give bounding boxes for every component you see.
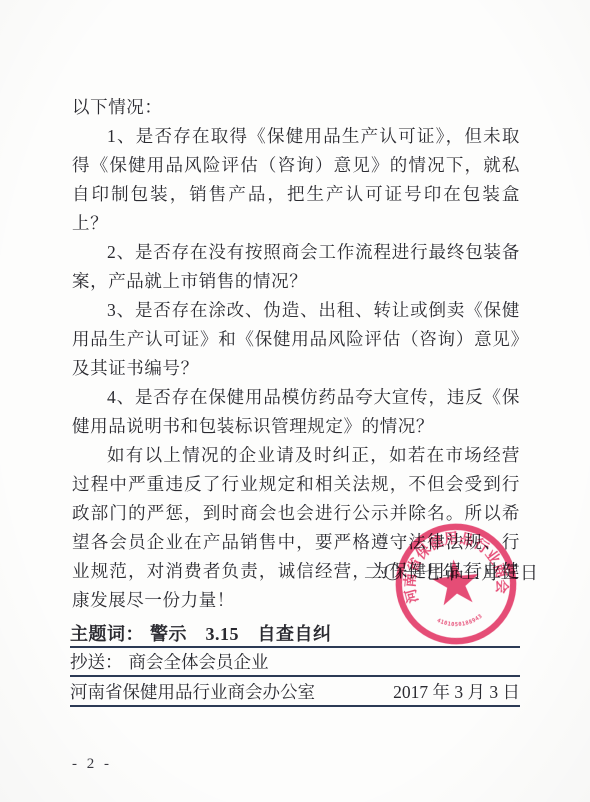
cc-value: 商会全体会员企业 [129,649,269,674]
body-paragraph: 2、是否存在没有按照商会工作流程进行最终包装备案，产品就上市销售的情况？ [72,238,520,296]
document-footer-table: 主题词： 警示 3.15 自查自纠 抄送： 商会全体会员企业 河南省保健用品行业… [70,620,520,707]
issuer-row: 河南省保健用品行业商会办公室 2017 年 3 月 3 日 [70,677,520,707]
issuing-office: 河南省保健用品行业商会办公室 [70,679,315,704]
cc-row: 抄送： 商会全体会员企业 [70,648,520,677]
subject-row: 主题词： 警示 3.15 自查自纠 [70,620,520,648]
subject-label: 主题词： [70,620,144,646]
print-date: 2017 年 3 月 3 日 [393,679,520,704]
body-paragraph: 4、是否存在保健用品模仿药品夸大宣传，违反《保健用品说明书和包装标识管理规定》的… [72,383,520,441]
seal-star-icon [430,557,481,606]
page-number: - 2 - [72,756,112,773]
body-paragraph: 以下情况： [72,93,520,122]
document-page: 以下情况： 1、是否存在取得《保健用品生产认可证》，但未取得《保健用品风险评估（… [0,0,590,802]
body-paragraph: 3、是否存在涂改、伪造、出租、转让或倒卖《保健用品生产认可证》和《保健用品风险评… [72,296,520,383]
subject-value: 警示 3.15 自查自纠 [150,620,332,646]
body-paragraph: 1、是否存在取得《保健用品生产认可证》，但未取得《保健用品风险评估（咨询）意见》… [72,122,520,238]
cc-label: 抄送： [70,649,123,674]
